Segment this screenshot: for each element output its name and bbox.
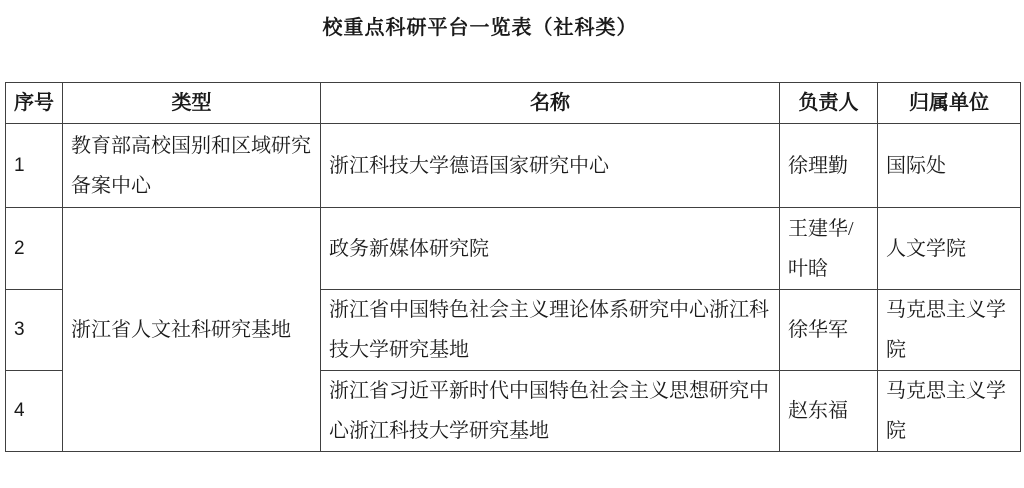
platform-table: 序号 类型 名称 负责人 归属单位 1 教育部高校国别和区域研究备案中心 浙江科…	[5, 82, 1021, 452]
cell-no: 4	[6, 371, 63, 452]
cell-leader: 徐理勤	[780, 124, 878, 208]
page-title: 校重点科研平台一览表（社科类）	[0, 14, 960, 42]
header-name: 名称	[321, 83, 780, 124]
cell-leader: 王建华/叶晗	[780, 208, 878, 290]
cell-type-merged: 浙江省人文社科研究基地	[63, 208, 321, 452]
table-header-row: 序号 类型 名称 负责人 归属单位	[6, 83, 1021, 124]
cell-no: 3	[6, 290, 63, 371]
table-row: 2 浙江省人文社科研究基地 政务新媒体研究院 王建华/叶晗 人文学院	[6, 208, 1021, 290]
header-no: 序号	[6, 83, 63, 124]
table-row: 1 教育部高校国别和区域研究备案中心 浙江科技大学德语国家研究中心 徐理勤 国际…	[6, 124, 1021, 208]
cell-no: 2	[6, 208, 63, 290]
cell-unit: 人文学院	[878, 208, 1021, 290]
document-page: 校重点科研平台一览表（社科类） 序号 类型 名称 负责人 归属单位 1 教育部高…	[0, 0, 1024, 488]
header-leader: 负责人	[780, 83, 878, 124]
cell-name: 浙江省中国特色社会主义理论体系研究中心浙江科技大学研究基地	[321, 290, 780, 371]
cell-unit: 马克思主义学院	[878, 290, 1021, 371]
cell-leader: 赵东福	[780, 371, 878, 452]
cell-no: 1	[6, 124, 63, 208]
cell-name: 政务新媒体研究院	[321, 208, 780, 290]
cell-name: 浙江科技大学德语国家研究中心	[321, 124, 780, 208]
cell-name: 浙江省习近平新时代中国特色社会主义思想研究中心浙江科技大学研究基地	[321, 371, 780, 452]
cell-leader: 徐华军	[780, 290, 878, 371]
cell-unit: 马克思主义学院	[878, 371, 1021, 452]
header-unit: 归属单位	[878, 83, 1021, 124]
cell-type: 教育部高校国别和区域研究备案中心	[63, 124, 321, 208]
header-type: 类型	[63, 83, 321, 124]
cell-unit: 国际处	[878, 124, 1021, 208]
